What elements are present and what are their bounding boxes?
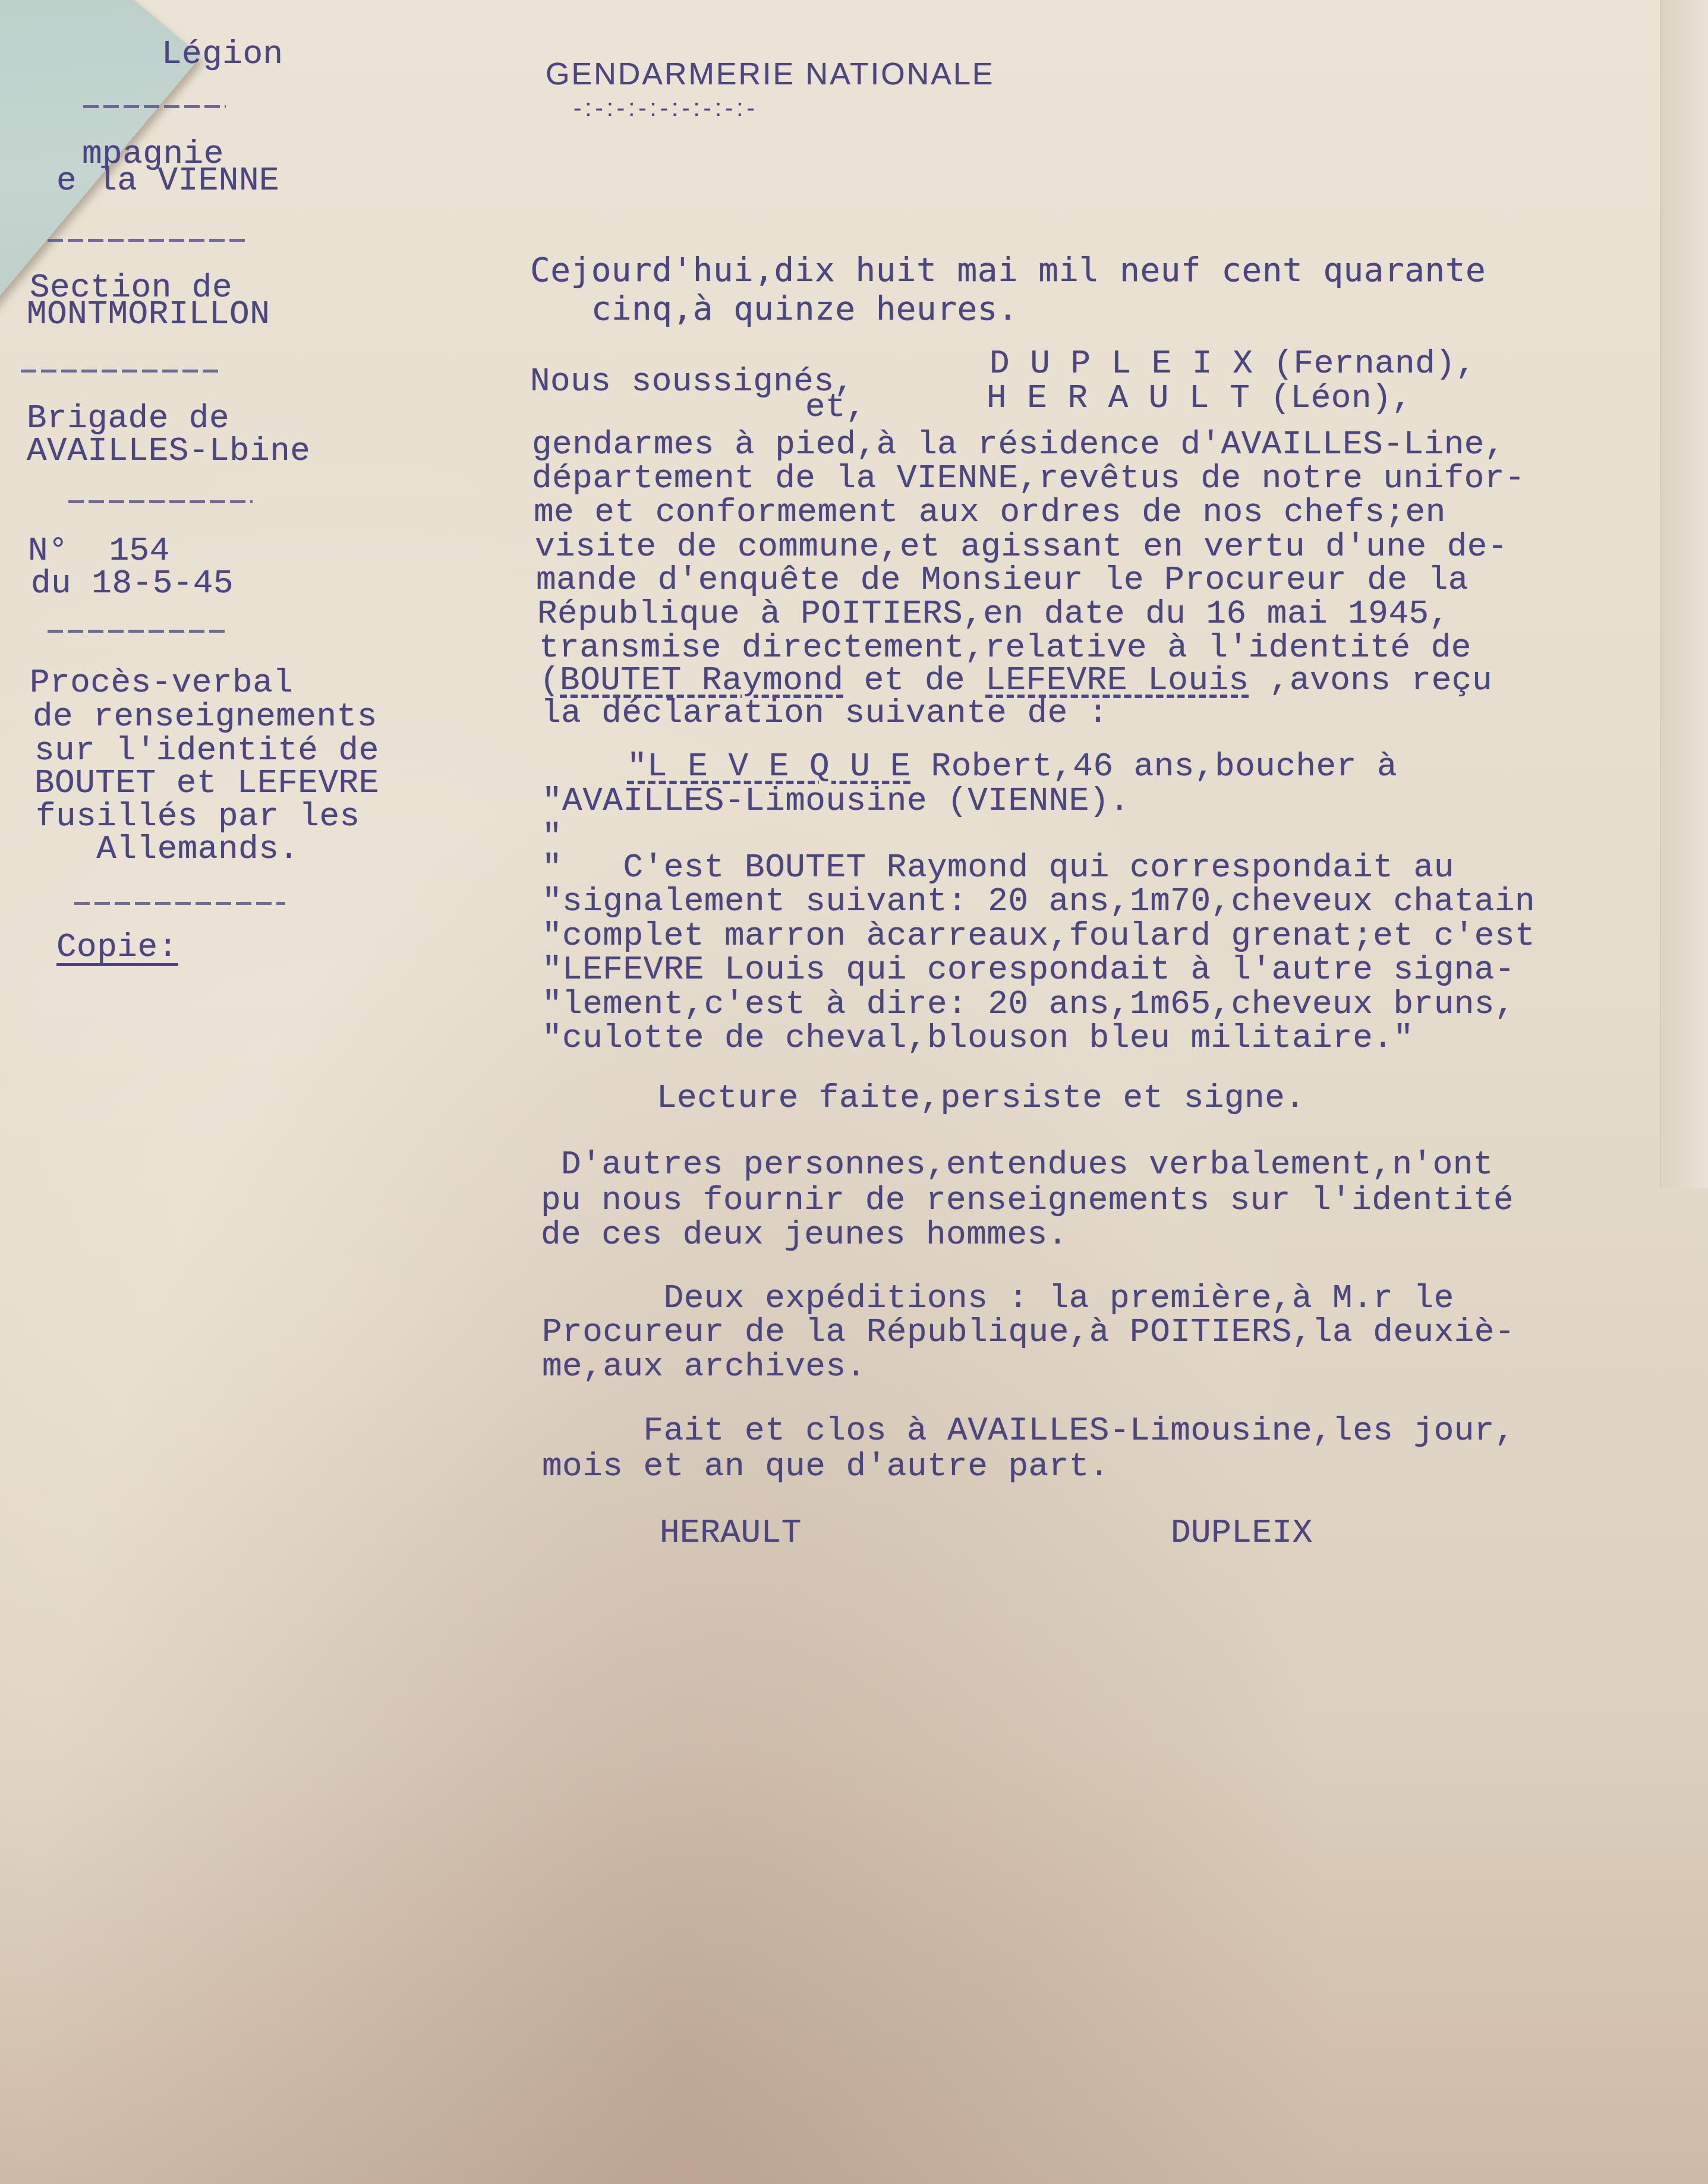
paragraph-line: de ces deux jeunes hommes. xyxy=(541,1217,1068,1252)
declaration-line: "lement,c'est à dire: 20 ans,1m65,cheveu… xyxy=(542,986,1515,1022)
text: Robert,46 ans,boucher à xyxy=(910,747,1397,785)
preamble-line: visite de commune,et agissant en vertu d… xyxy=(535,529,1508,564)
witness-line2: "AVAILLES-Limousine (VIENNE). xyxy=(542,783,1130,819)
sidebar-compagnie-line2: e la VIENNE xyxy=(56,163,279,198)
copy-label: Copie: xyxy=(56,930,178,964)
preamble-line: (BOUTET Raymond et de LEFEVRE Louis ,avo… xyxy=(540,662,1492,698)
divider xyxy=(48,630,229,633)
signature-dupleix: DUPLEIX xyxy=(1171,1515,1313,1551)
paragraph-line: Procureur de la République,à POITIERS,la… xyxy=(542,1314,1515,1350)
sidebar-section-line2: MONTMORILLON xyxy=(27,297,270,332)
paragraph-line: D'autres personnes,entendues verbalement… xyxy=(541,1147,1493,1182)
subject-line: Procès-verbal xyxy=(30,665,293,700)
subject-line: fusillés par les xyxy=(36,799,360,834)
subject-line: BOUTET et LEFEVRE xyxy=(34,766,379,800)
underlying-page-edge xyxy=(1660,0,1708,1188)
divider xyxy=(68,500,253,503)
paragraph-line: Deux expéditions : la première,à M.r le xyxy=(542,1280,1454,1316)
sidebar-date: du 18-5-45 xyxy=(31,566,234,601)
divider xyxy=(74,902,285,905)
gendarme-2: H E R A U L T (Léon), xyxy=(987,380,1412,416)
divider xyxy=(83,105,226,108)
declaration-line: "culotte de cheval,blouson bleu militair… xyxy=(542,1020,1414,1056)
witness-name: "L E V E Q U E xyxy=(627,747,910,785)
gendarme-1: D U P L E I X (Fernand), xyxy=(989,346,1476,381)
declaration-line: " C'est BOUTET Raymond qui correspondait… xyxy=(542,850,1454,885)
paragraph-line: pu nous fournir de renseignements sur l'… xyxy=(541,1182,1514,1218)
signature-herault: HERAULT xyxy=(660,1515,802,1551)
sidebar-legion: Légion xyxy=(162,37,283,71)
preamble-line: mande d'enquête de Monsieur le Procureur… xyxy=(536,562,1468,598)
preamble-line: République à POITIERS,en date du 16 mai … xyxy=(537,596,1449,632)
paragraph-line: mois et an que d'autre part. xyxy=(542,1448,1110,1484)
and-label: et, xyxy=(805,389,866,425)
preamble-line: me et conformement aux ordres de nos che… xyxy=(534,494,1446,530)
sidebar-brigade-line1: Brigade de xyxy=(27,401,229,435)
header-title: GENDARMERIE NATIONALE xyxy=(546,56,994,92)
declaration-line: "LEFEVRE Louis qui corespondait à l'autr… xyxy=(542,952,1515,987)
preamble-line: transmise directement,relative à l'ident… xyxy=(539,630,1471,665)
subject-line: sur l'identité de xyxy=(34,733,379,768)
subject-line: Allemands. xyxy=(36,832,299,866)
sidebar-brigade-line2: AVAILLES-Lbine xyxy=(27,434,310,468)
opening-line1: Cejourd'hui,dix huit mai mil neuf cent q… xyxy=(530,253,1486,288)
text: ,avons reçu xyxy=(1249,661,1492,699)
divider xyxy=(21,370,223,373)
divider xyxy=(48,239,247,242)
declaration-line: "signalement suivant: 20 ans,1m70,cheveu… xyxy=(542,883,1535,919)
subject-line: de renseignements xyxy=(33,699,377,734)
witness-line1: "L E V E Q U E Robert,46 ans,boucher à xyxy=(627,749,1397,784)
header-ornament: -:-:-:-:-:-:-:-:- xyxy=(573,95,758,122)
sidebar-number: N° 154 xyxy=(28,534,170,568)
paragraph-line: me,aux archives. xyxy=(542,1349,866,1384)
paragraph-line: Fait et clos à AVAILLES-Limousine,les jo… xyxy=(542,1413,1515,1448)
reading-statement: Lecture faite,persiste et signe. xyxy=(657,1080,1305,1116)
preamble-line: la déclaration suivante de : xyxy=(541,695,1108,731)
declaration-line: "complet marron àcarreaux,foulard grenat… xyxy=(542,918,1535,954)
preamble-line: département de la VIENNE,revêtus de notr… xyxy=(532,460,1525,496)
preamble-line: gendarmes à pied,à la résidence d'AVAILL… xyxy=(532,427,1505,462)
opening-line2: cinq,à quinze heures. xyxy=(530,291,1018,327)
